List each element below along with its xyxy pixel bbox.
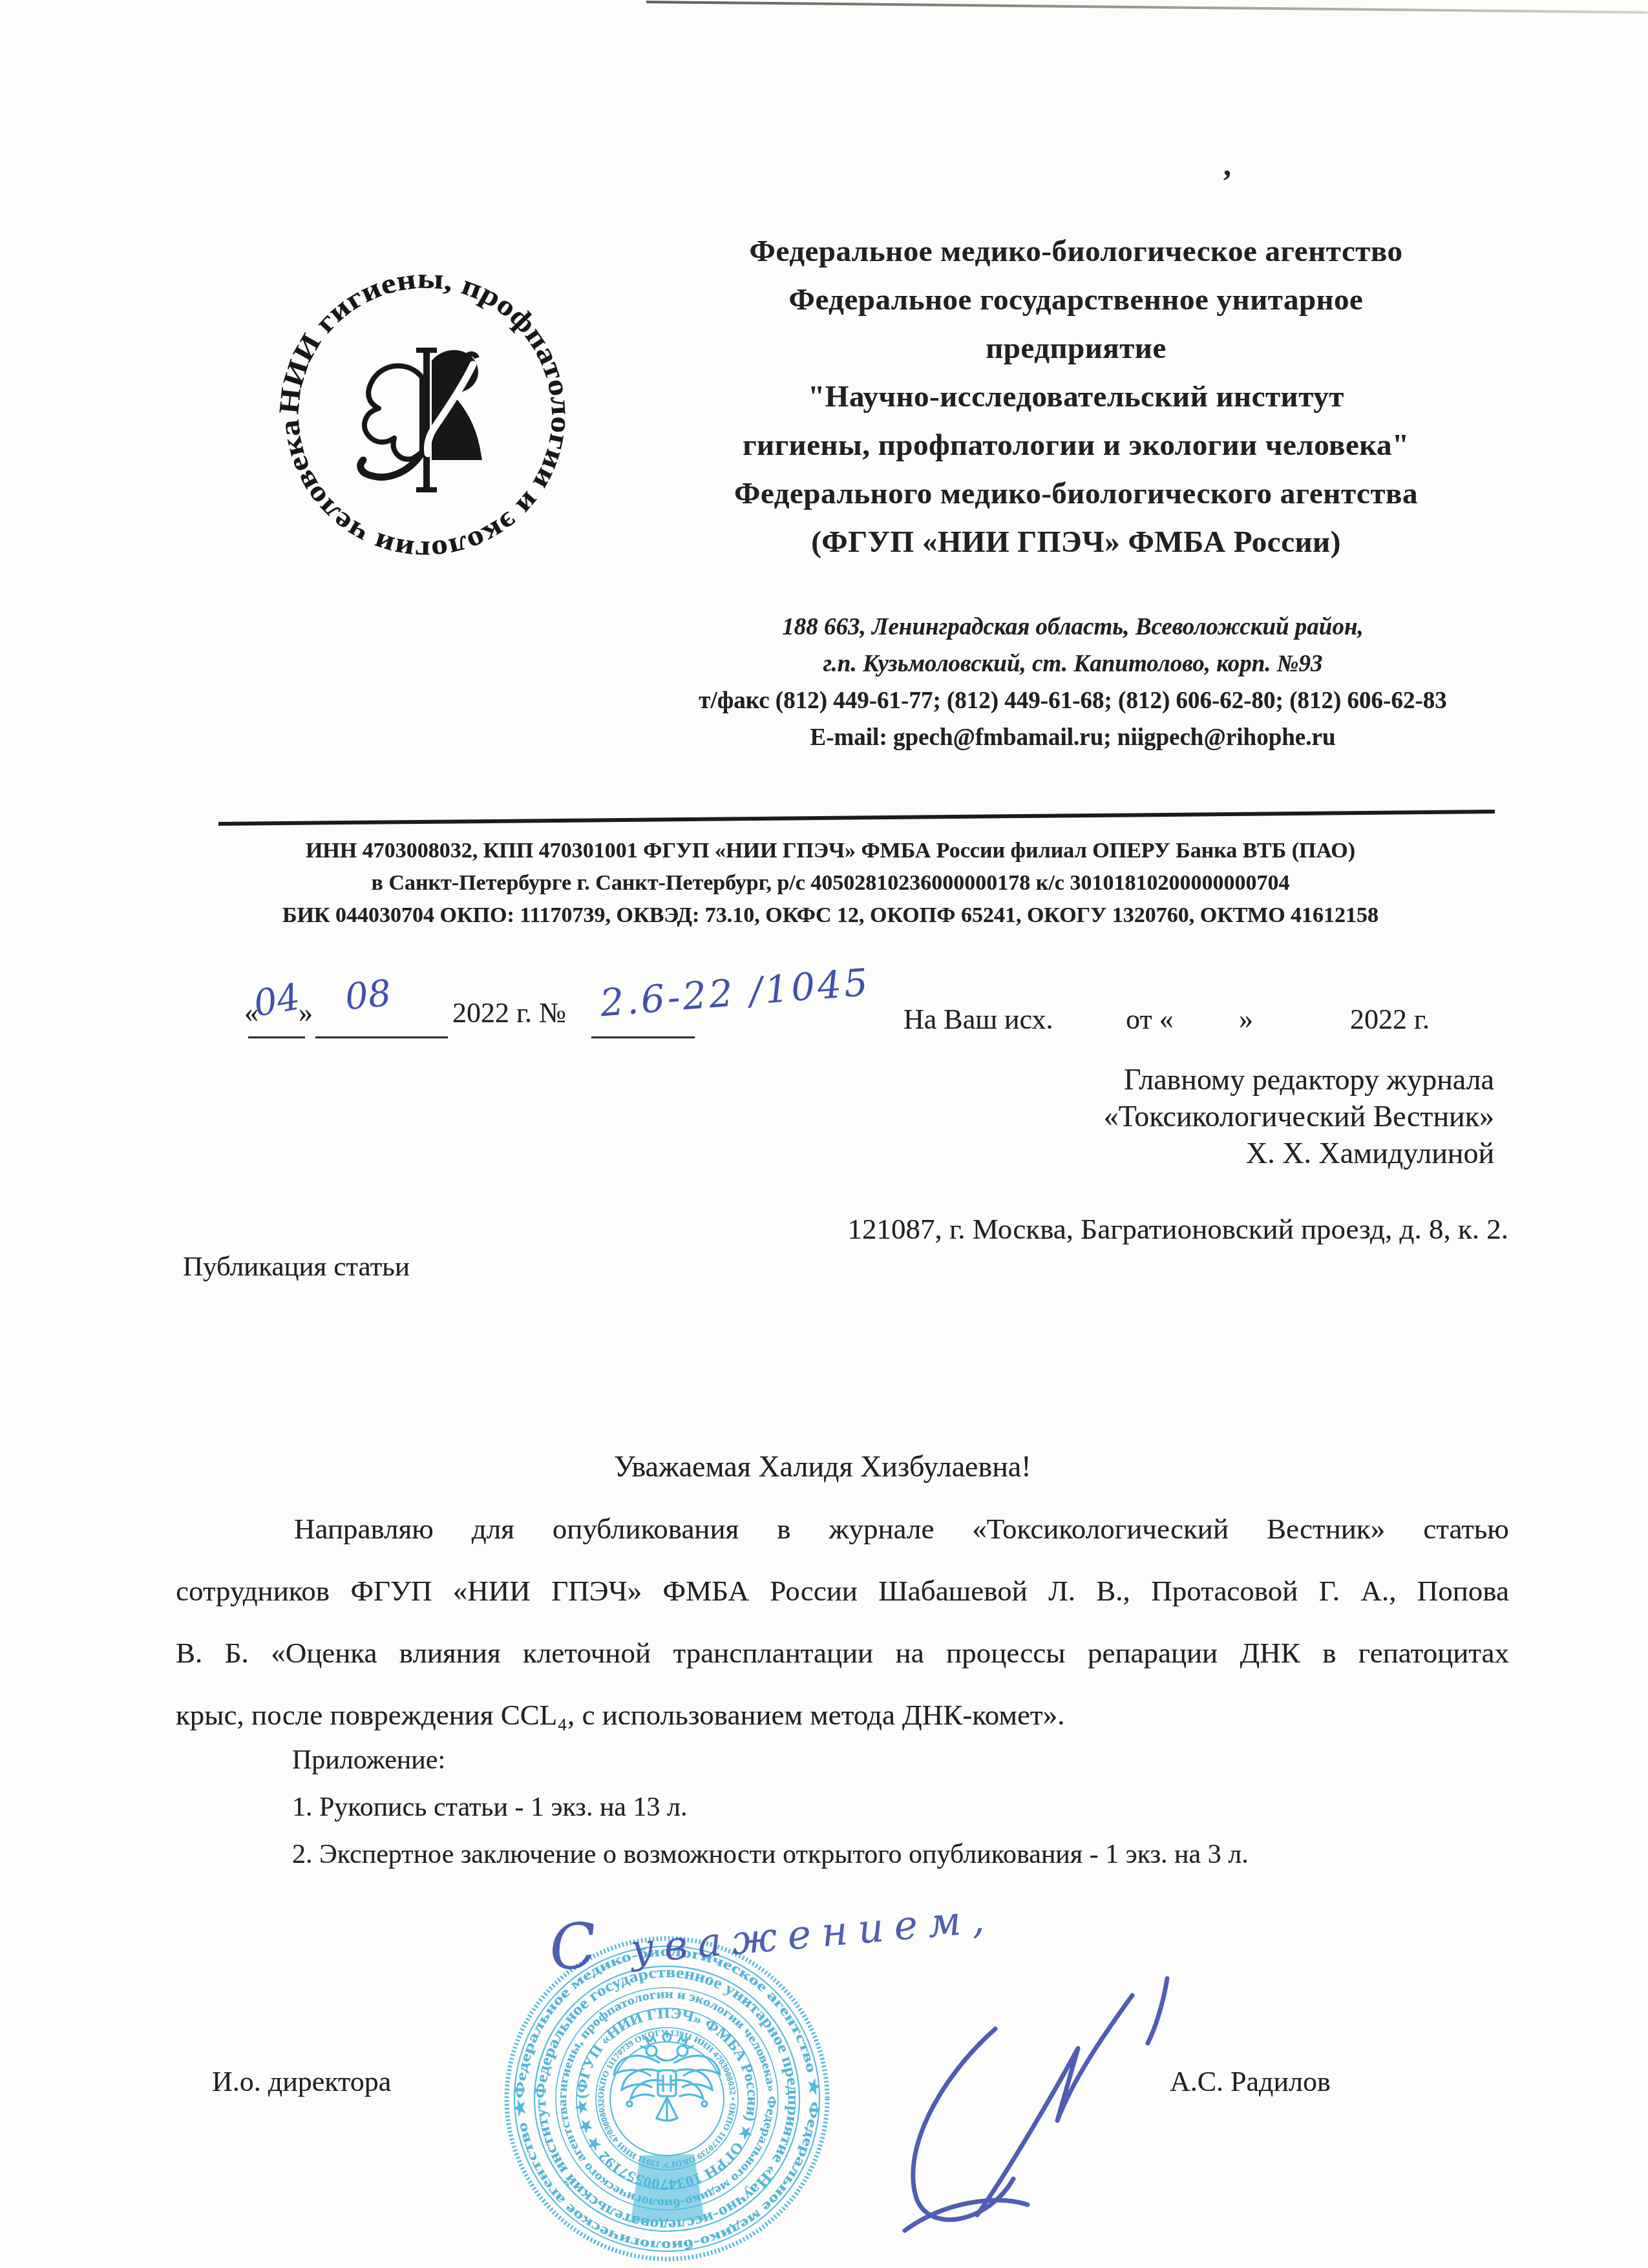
- signature-comma-tail-stroke: [1148, 1979, 1167, 2043]
- contact-address-line-1: 188 663, Ленинградская область, Всеволож…: [614, 609, 1532, 646]
- addressee-role: Главному редактору журнала: [969, 1061, 1494, 1098]
- attachments-title: Приложение:: [292, 1737, 1249, 1784]
- header-line-institute-1: "Научно-исследовательский институт: [646, 373, 1506, 421]
- signature-scribble: [452, 1887, 1260, 2262]
- signature-loop-stroke: [913, 2029, 1013, 2220]
- letterhead-header: Федеральное медико-биологическое агентст…: [646, 227, 1506, 567]
- header-line-fgup-1: Федеральное государственное унитарное: [646, 276, 1506, 324]
- body-line-3: В. Б. «Оценка влияния клеточной транспла…: [176, 1622, 1509, 1684]
- incoming-from-label: от «: [1126, 1003, 1174, 1036]
- addressee-journal: «Токсикологический Вестник»: [969, 1098, 1494, 1135]
- requisites-line-3: БИК 044030704 ОКПО: 11170739, ОКВЭД: 73.…: [155, 899, 1506, 932]
- header-line-agency-of: Федерального медико-биологического агент…: [646, 470, 1506, 518]
- scan-edge-artifact: [646, 1, 1648, 14]
- attachment-item-1: 1. Рукопись статьи - 1 экз. на 13 л.: [292, 1784, 1249, 1831]
- subject-line: Публикация статьи: [183, 1251, 410, 1283]
- addressee-postal-address: 121087, г. Москва, Багратионовский проез…: [847, 1212, 1508, 1246]
- header-line-fgup-2: предприятие: [646, 324, 1506, 373]
- ref-month-underline: [315, 1036, 448, 1038]
- contact-address-line-2: г.п. Кузьмоловский, ст. Капитолово, корп…: [614, 646, 1532, 682]
- body-line-1: Направляю для опубликования в журнале «Т…: [176, 1498, 1509, 1560]
- contact-email-line: E-mail: gpech@fmbamail.ru; niigpech@riho…: [614, 719, 1532, 756]
- incoming-from-close-quote: »: [1239, 1003, 1253, 1036]
- addressee-person: Х. Х. Хамидулиной: [969, 1135, 1494, 1171]
- handwritten-day: 04: [251, 976, 303, 1025]
- handwritten-month: 08: [343, 972, 394, 1018]
- requisites-line-1: ИНН 4703008032, КПП 470301001 ФГУП «НИИ …: [155, 835, 1506, 867]
- incoming-ref-label: На Ваш исх.: [903, 1003, 1053, 1036]
- bank-requisites: ИНН 4703008032, КПП 470301001 ФГУП «НИИ …: [155, 835, 1506, 932]
- salutation: Уважаемая Халидя Хизбулаевна!: [614, 1449, 1031, 1484]
- body-paragraph: Направляю для опубликования в журнале «Т…: [176, 1498, 1509, 1746]
- handwritten-ref-number: 2.6-22 /1045: [598, 960, 872, 1025]
- logo-emblem: [361, 350, 482, 490]
- divider-rule: [218, 810, 1495, 826]
- requisites-line-2: в Санкт-Петербурге г. Санкт-Петербург, р…: [155, 867, 1506, 899]
- attachment-item-2: 2. Экспертное заключение о возможности о…: [292, 1831, 1249, 1878]
- body-line-2: сотрудников ФГУП «НИИ ГПЭЧ» ФМБА России …: [176, 1560, 1509, 1622]
- institute-logo: НИИ гигиены, профпатологии и экологии че…: [264, 253, 587, 576]
- scanned-letter-page: , НИИ гигиены, профпатологии и экологии …: [0, 0, 1648, 2268]
- signature-zigzag-stroke: [977, 1995, 1132, 2215]
- contact-block: 188 663, Ленинградская область, Всеволож…: [614, 609, 1532, 756]
- attachments-block: Приложение: 1. Рукопись статьи - 1 экз. …: [292, 1737, 1249, 1878]
- stray-comma-mark: ,: [1223, 147, 1231, 183]
- ref-day-underline: [248, 1036, 305, 1038]
- incoming-year: 2022 г.: [1350, 1003, 1430, 1036]
- header-line-short-name: (ФГУП «НИИ ГПЭЧ» ФМБА России): [646, 518, 1506, 567]
- ref-year-label: 2022 г. №: [452, 996, 566, 1029]
- contact-phone-line: т/факс (812) 449-61-77; (812) 449-61-68;…: [614, 682, 1532, 719]
- ref-number-underline: [591, 1036, 695, 1038]
- header-line-institute-2: гигиены, профпатологии и экологии челове…: [646, 421, 1506, 470]
- header-line-agency: Федеральное медико-биологическое агентст…: [646, 227, 1506, 276]
- addressee-block: Главному редактору журнала «Токсикологич…: [969, 1061, 1494, 1171]
- signer-position: И.о. директора: [212, 2065, 391, 2098]
